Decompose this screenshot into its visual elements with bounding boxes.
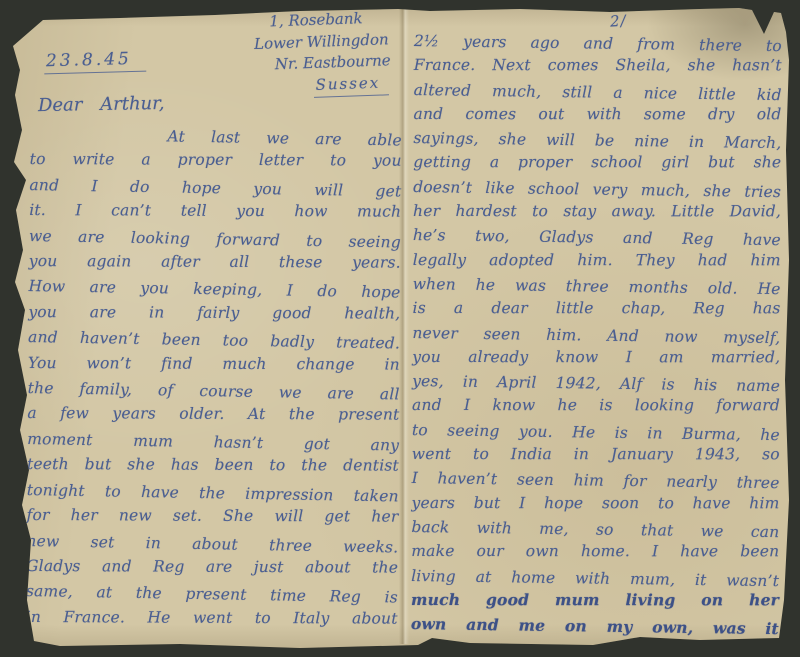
handwritten-line: legally adopted him. They had him: [413, 248, 781, 273]
handwritten-line: for her new set. She will get her: [27, 503, 399, 530]
letter-paper: 23.8.45 1, Rosebank Lower Willingdon Nr.…: [0, 0, 800, 657]
handwritten-line: teeth but she has been to the dentist: [27, 452, 399, 479]
handwritten-line: you already know I am married,: [412, 345, 780, 370]
handwritten-line: make our own home. I have been: [411, 539, 779, 564]
handwritten-line: and comes out with some dry old: [414, 102, 782, 127]
handwritten-line: to write a proper letter to you: [30, 147, 402, 174]
handwritten-line: it. I can’t tell you how much: [29, 198, 401, 225]
handwritten-line: getting a proper school girl but she: [413, 150, 781, 175]
handwritten-line: much good mum living on her: [411, 588, 779, 613]
handwritten-line: you again after all these years.: [29, 249, 401, 276]
salutation: Dear Arthur,: [38, 93, 165, 116]
handwritten-line: a few years older. At the present: [27, 401, 399, 428]
handwritten-line: France. Next comes Sheila, she hasn’t: [414, 53, 782, 78]
handwritten-line: went to India in January 1943, so: [412, 442, 780, 467]
handwritten-line: own and me on my own, was it: [411, 612, 779, 641]
page-number: 2/: [609, 11, 627, 30]
letter-date: 23.8.45: [44, 49, 146, 75]
handwritten-line: and I know he is looking forward: [412, 393, 780, 418]
page1-body: At last we are ableto write a proper let…: [26, 122, 402, 633]
sender-address: 1, Rosebank Lower Willingdon Nr. Eastbou…: [253, 7, 392, 100]
handwritten-line: Gladys and Reg are just about the: [26, 554, 398, 581]
letter-scan: 23.8.45 1, Rosebank Lower Willingdon Nr.…: [0, 0, 800, 657]
handwritten-line: in France. He went to Italy about: [26, 605, 398, 632]
page-fold-seam: [399, 8, 409, 644]
handwritten-line: You won’t find much change in: [28, 351, 400, 378]
handwritten-line: her hardest to stay away. Little David,: [413, 199, 781, 224]
handwritten-line: years but I hope soon to have him: [412, 491, 780, 516]
handwritten-line: you are in fairly good health,: [28, 300, 400, 327]
page2-body: 2½ years ago and from there toFrance. Ne…: [411, 29, 782, 638]
address-line: Sussex: [313, 72, 388, 98]
handwritten-line: is a dear little chap, Reg has: [413, 296, 781, 321]
